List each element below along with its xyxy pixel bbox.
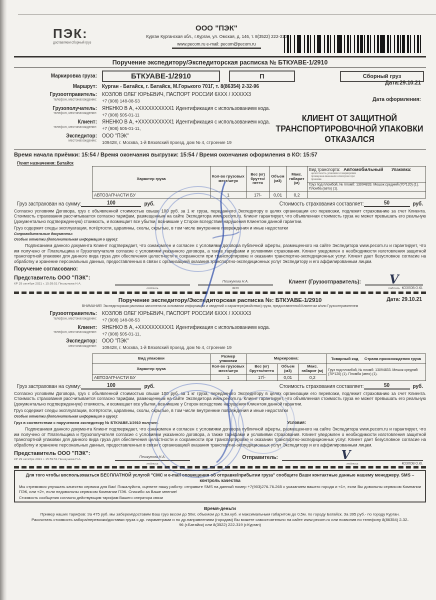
route-label: Маршрут:: [14, 84, 102, 90]
insured-currency-2: руб.: [144, 384, 154, 390]
shipper-label-text: Грузоотправитель:: [50, 92, 97, 98]
consignee-sublabel: телефон, местонахождение:: [14, 112, 97, 116]
insurance-cost-value: 50: [364, 200, 410, 207]
cargo-table-copy1: Характер груза Кол-во грузовых мест/штук…: [92, 166, 426, 198]
shipper-value: КОЗЛОВ ОЛЕГ ЮРЬЕВИЧ, ПАСПОРТ РОССИИ 6XXX…: [102, 92, 337, 98]
forwarder-label-text: Экспедитор:: [66, 133, 97, 139]
marking-value-box: БТКУАВЕ-1/2910: [102, 71, 220, 83]
client-value-2: ЯНЕНКО В А, +XXXXXXXXXX1 Идентификация с…: [102, 325, 337, 331]
rep-label: Представитель ООО "ПЭК":: [14, 275, 109, 281]
client-phone-2: +7 (908) 505-01-11,: [102, 331, 337, 336]
document-date: Дата:29.10.21: [385, 80, 421, 86]
consignee-label: Грузополучатель: телефон, местонахождени…: [14, 106, 102, 116]
client-sublabel-2: телефон, местонахождение:: [14, 331, 97, 335]
cargo-weight: 17/-: [246, 192, 269, 199]
insurance-cost-currency-2: руб.: [413, 384, 423, 390]
client-signature-label: Клиент (Грузоотправитель):: [280, 279, 365, 285]
col-gabarit-2: Макс. габарит (м): [298, 364, 326, 374]
goods-code-header: Товарный код: [331, 357, 358, 362]
marking-header: Маркировка:: [246, 354, 326, 364]
insurance-cost-label: Стоимость страхования составляет:: [279, 201, 363, 207]
round-stamp: [149, 383, 244, 478]
company-block: ООО "ПЭК" Курган Курганская обл., г.Кург…: [129, 24, 304, 49]
registration-date-label: Дата оформления:: [373, 97, 421, 103]
name-caption: ФИО: [232, 287, 239, 291]
destination: Пункт назначения: Батайск: [17, 161, 426, 166]
cargo-qty-2: 1: [210, 374, 246, 381]
fields-copy2: Грузоотправитель: телефон, местонахожден…: [14, 308, 426, 350]
cargo-volume-2: 0,01: [277, 374, 298, 381]
copy2-title-row: Поручение экспедитору/Экспедиторская рас…: [14, 297, 426, 304]
tariff-examples: Пример наших тарифов: За 475 руб. мы заб…: [30, 512, 409, 528]
col-qty-2: Кол-во грузовых мест/штук: [210, 364, 246, 374]
sms-service-box: Для того чтобы воспользоваться БЕСПЛАТНО…: [14, 470, 426, 502]
insured-value-2: 100: [81, 383, 141, 390]
empty-cell: [307, 192, 426, 199]
document-title-2: Поручение экспедитору/Экспедиторская рас…: [14, 297, 426, 304]
signature-caption: подпись: [388, 287, 400, 291]
marking-code-box: П: [229, 71, 295, 83]
col-qty: Кол-во грузовых мест/штук: [210, 166, 246, 191]
company-website: www.pecom.ru e-mail: pecom@pecom.ru: [172, 42, 261, 50]
barcode-image: [284, 35, 423, 53]
document-header: ПЭК: доставляем сборный груз ООО "ПЭК" К…: [14, 23, 426, 56]
shipper-phone: +7 (908) 148-08-53: [102, 99, 337, 104]
forwarder-value-2: ООО "ПЭК": [102, 339, 337, 345]
insurance-cost-currency: руб.: [413, 201, 423, 207]
cargo-table-copy2: Вид упаковки Размер упаковки Маркировка:…: [92, 353, 426, 380]
col-volume-2: Объем (м3): [277, 364, 298, 374]
client-label-text-2: Клиент:: [78, 325, 97, 331]
shipper-label-2: Грузоотправитель: телефон, местонахожден…: [14, 311, 102, 321]
shipper-sublabel-2: телефон, местонахождение:: [14, 317, 97, 321]
shipper-value-block-2: КОЗЛОВ ОЛЕГ ЮРЬЕВИЧ, ПАСПОРТ РОССИИ 6XXX…: [102, 311, 337, 323]
company-name: ООО "ПЭК": [129, 24, 304, 33]
shipper-phone-2: +7 (908) 148-08-53: [102, 318, 337, 323]
shipper-value-2: КОЗЛОВ ОЛЕГ ЮРЬЕВИЧ, ПАСПОРТ РОССИИ 6XXX…: [102, 311, 337, 317]
order-agreed-label: Поручение согласовано:: [14, 267, 426, 273]
signature-row-copy1: Представитель ООО "ПЭК": КР 29 октября 2…: [14, 275, 426, 286]
cargo-received-note: Груз в соответствии с поручением экспеди…: [14, 421, 159, 426]
sender-signature-name: КОЗЛОВ О.Ю.: [402, 462, 423, 466]
consignee-value: ЯНЕНКО В А, +XXXXXXXXXX1 Идентификация с…: [102, 106, 337, 112]
scan-top-line: [18, 14, 436, 15]
col-volume: Объем (м3): [269, 166, 286, 191]
shipper-label: Грузоотправитель: телефон, местонахожден…: [14, 92, 102, 102]
cargo-weight-2: 17/-: [246, 374, 277, 381]
cargo-volume: 0,01: [269, 192, 286, 199]
marking-label: Маркировка груза:: [14, 73, 102, 79]
transport-band: Вид транспорта: Автомобильный Упаковка: …: [307, 166, 426, 182]
forwarder-row-2: Экспедитор: местонахождение: ООО "ПЭК" 1…: [14, 339, 426, 351]
shipper-row: Грузоотправитель: телефон, местонахожден…: [14, 92, 426, 104]
rep-block: Представитель ООО "ПЭК": КР 29 октября 2…: [14, 275, 109, 286]
client-row-2: Клиент: телефон, местонахождение: ЯНЕНКО…: [14, 325, 426, 337]
consignee-label-text: Грузополучатель:: [53, 106, 97, 112]
client-signature-name: КОЗЛОВ О.Ю.: [402, 287, 423, 291]
rep-block-2: Представитель ООО "ПЭК": КР 29 октября 2…: [14, 451, 109, 462]
cargo-gabarit-2: 0,2: [298, 374, 326, 381]
goods-code-band: Товарный код Страна происхождения груза: [326, 354, 425, 364]
company-address: Курган Курганская обл., г.Курган, ул. Ом…: [129, 34, 304, 39]
shipper-sublabel: телефон, местонахождение:: [14, 98, 97, 102]
pek-logo: ПЭК: доставляем сборный груз: [53, 27, 93, 45]
forwarder-label-2: Экспедитор: местонахождение:: [14, 339, 102, 349]
band-header-row: Вид упаковки Размер упаковки Маркировка:…: [92, 354, 426, 364]
rep-name-line: Пешкунова Н.А. ФИО: [198, 279, 273, 286]
time-money-title: Время-деньги: [14, 506, 426, 511]
packaging-label: Упаковка:: [391, 168, 411, 173]
sms-service-title: Для того чтобы воспользоваться БЕСПЛАТНО…: [19, 473, 421, 484]
scanned-document: ПЭК: доставляем сборный груз ООО "ПЭК" К…: [0, 0, 436, 600]
packaging-note: целостность упаковки и маркировки провер…: [311, 173, 357, 182]
col-gabarit: Макс. габарит (м): [286, 166, 307, 191]
rep-name: Пешкунова Н.А.: [222, 280, 248, 284]
client-signature-mark: V: [389, 274, 398, 286]
rep-label-2: Представитель ООО "ПЭК":: [14, 451, 109, 457]
col-cargo-2: Характер груза: [92, 364, 210, 374]
shipper-value-block: КОЗЛОВ ОЛЕГ ЮРЬЕВИЧ, ПАСПОРТ РОССИИ 6XXX…: [102, 92, 337, 104]
col-weight: Вес (кг) брутто/нетто: [246, 166, 269, 191]
shipper-label-text-2: Грузоотправитель:: [50, 311, 97, 317]
seal-note: Груз под пломбой, № пломб: 13094833. Меш…: [307, 182, 426, 191]
pek-logo-tagline: доставляем сборный груз: [53, 41, 93, 45]
signature-caption: подпись: [147, 462, 159, 466]
pek-logo-text: ПЭК:: [53, 27, 93, 40]
forwarder-sublabel: местонахождение:: [14, 139, 97, 143]
insurance-cost-value-2: 50: [364, 383, 410, 390]
sender-signature-line: V КОЗЛОВ О.Ю. подпись: [282, 454, 423, 461]
signature-caption: подпись: [147, 287, 159, 291]
rep-timestamp: КР 29 октября 2021 г. 15:59:51 Пешкунова…: [14, 282, 109, 286]
packaging-refusal-note: КЛИЕНТ ОТ ЗАЩИТНОЙ ТРАНСПОРТИРОВОЧНОЙ УП…: [273, 114, 426, 145]
insured-currency: руб.: [144, 201, 154, 207]
fields-copy1: Маркировка груза: БТКУАВЕ-1/2910 П Сборн…: [14, 68, 426, 145]
client-label: Клиент: телефон, местонахождение:: [14, 120, 102, 130]
col-weight-2: Вес (кг) брутто/нетто: [246, 364, 277, 374]
marking-row: Маркировка груза: БТКУАВЕ-1/2910 П Сборн…: [14, 71, 426, 83]
signature-caption: подпись: [347, 462, 359, 466]
forwarder-label: Экспедитор: местонахождение:: [14, 133, 102, 143]
pack-kind-header: Вид упаковки: [92, 354, 210, 364]
route-row: Маршрут: Курган - Батайск, г. Батайск, М…: [14, 84, 426, 90]
forwarder-label-text-2: Экспедитор:: [66, 339, 97, 345]
handling-times: Время начала приёмки: 15:54 / Время окон…: [14, 149, 426, 158]
forwarder-address-2: 109428, г. Москва, 1-й Вязовский проезд,…: [102, 345, 337, 350]
seal-note-2: Груз под пломбой, № пломб: 13094833. Меш…: [326, 364, 425, 381]
rep-timestamp-2: КР 29 октября 2021 г. 15:59:51 Пешкунова…: [14, 458, 109, 462]
sender-signature-mark: V: [341, 449, 350, 461]
insurance-cost-label-2: Стоимость страхования составляет:: [279, 384, 363, 390]
document-date-2: Дата: 29.10.21: [387, 297, 422, 303]
copy-separator: [14, 292, 426, 295]
shipper-row-2: Грузоотправитель: телефон, местонахожден…: [14, 311, 426, 323]
origin-header: Страна происхождения груза: [364, 357, 421, 362]
table-header-row: Характер груза Кол-во грузовых мест/штук…: [92, 166, 426, 182]
pack-size-header: Размер упаковки: [210, 354, 246, 364]
document-title: Поручение экспедитору/Экспедиторская рас…: [14, 58, 426, 69]
cargo-name-2: АВТОЗАПЧАСТИ БУ: [92, 374, 210, 381]
insured-label-2: Груз застрахован на сумму:: [17, 384, 81, 390]
client-signature-line: V КОЗЛОВ О.Ю. подпись: [365, 279, 423, 286]
footer: Для того чтобы воспользоваться БЕСПЛАТНО…: [14, 470, 426, 528]
insured-label: Груз застрахован на сумму:: [17, 201, 81, 207]
client-sublabel: телефон, местонахождение:: [14, 125, 97, 129]
rep-signature-line: подпись: [115, 279, 190, 286]
insured-value: 100: [81, 200, 141, 207]
sms-service-text: Мы стремимся улучшать качество сервиса д…: [19, 485, 421, 495]
client-label-text: Клиент:: [78, 120, 97, 126]
cargo-gabarit: 0,2: [286, 192, 307, 199]
sms-cost-note: Стоимость сообщения согласно действующим…: [19, 496, 421, 501]
route-value: Курган - Батайск, г. Батайск, М.Горького…: [102, 84, 259, 90]
forwarder-sublabel-2: местонахождение:: [14, 344, 97, 348]
forwarder-value-block-2: ООО "ПЭК" 109428, г. Москва, 1-й Вязовск…: [102, 339, 337, 351]
client-value-block-2: ЯНЕНКО В А, +XXXXXXXXXX1 Идентификация с…: [102, 325, 337, 337]
round-stamp: [231, 390, 295, 454]
client-label-2: Клиент: телефон, местонахождение:: [14, 325, 102, 335]
table-header-row-2: Характер груза Кол-во грузовых мест/штук…: [92, 364, 426, 374]
cargo-data-row: АВТОЗАПЧАСТИ БУ 1 17/- 0,01 0,2: [92, 192, 426, 199]
